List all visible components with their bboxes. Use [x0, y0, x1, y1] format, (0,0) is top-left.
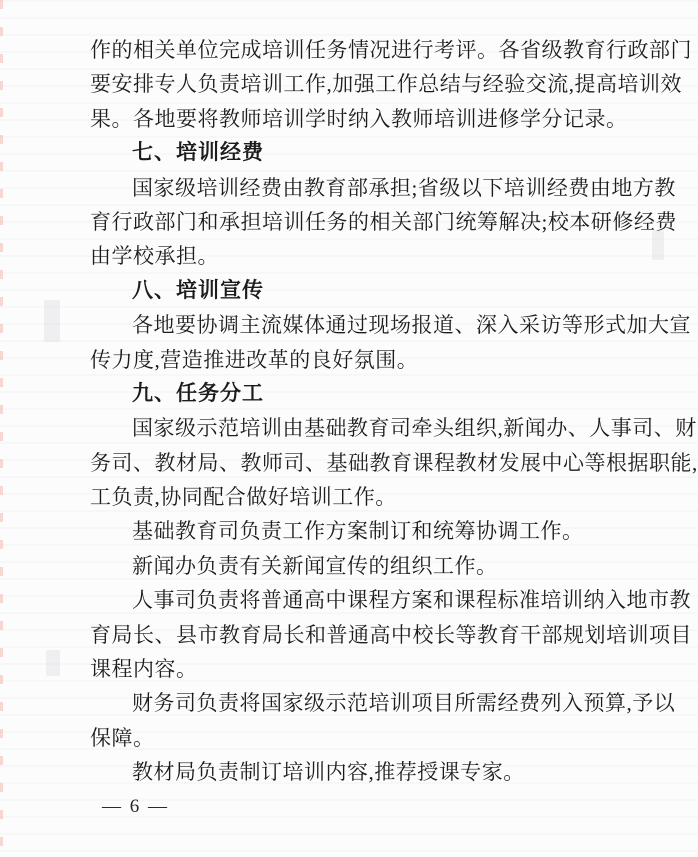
text-line: 教材局负责制订培训内容,推荐授课专家。: [90, 755, 646, 789]
text-line: 国家级示范培训由基础教育司牵头组织,新闻办、人事司、财: [90, 411, 646, 445]
scan-smudge: [44, 300, 60, 342]
scan-edge-artifacts: [0, 0, 3, 857]
text-line: 国家级培训经费由教育部承担;省级以下培训经费由地方教: [90, 171, 646, 205]
text-line: 课程内容。: [90, 652, 646, 686]
section-heading: 七、培训经费: [90, 136, 646, 170]
text-line: 作的相关单位完成培训任务情况进行考评。各省级教育行政部门: [90, 33, 646, 67]
text-line: 财务司负责将国家级示范培训项目所需经费列入预算,予以: [90, 686, 646, 720]
text-line: 由学校承担。: [90, 239, 646, 273]
scan-smudge: [652, 230, 664, 260]
text-line: 基础教育司负责工作方案制订和统筹协调工作。: [90, 514, 646, 548]
text-line: 各地要协调主流媒体通过现场报道、深入采访等形式加大宣: [90, 308, 646, 342]
text-line: 育局长、县市教育局长和普通高中校长等教育干部规划培训项目: [90, 618, 646, 652]
text-line: 果。各地要将教师培训学时纳入教师培训进修学分记录。: [90, 102, 646, 136]
document-text: 作的相关单位完成培训任务情况进行考评。各省级教育行政部门 要安排专人负责培训工作…: [90, 33, 646, 824]
scan-smudge: [46, 650, 60, 676]
text-line: 务司、教材局、教师司、基础教育课程教材发展中心等根据职能,分: [90, 446, 646, 480]
text-line: 保障。: [90, 721, 646, 755]
section-heading: 九、任务分工: [90, 377, 646, 411]
text-line: 要安排专人负责培训工作,加强工作总结与经验交流,提高培训效: [90, 67, 646, 101]
page-number: — 6 —: [90, 790, 646, 824]
text-line: 传力度,营造推进改革的良好氛围。: [90, 343, 646, 377]
section-heading: 八、培训宣传: [90, 274, 646, 308]
text-line: 人事司负责将普通高中课程方案和课程标准培训纳入地市教: [90, 583, 646, 617]
scanned-page: 作的相关单位完成培训任务情况进行考评。各省级教育行政部门 要安排专人负责培训工作…: [0, 0, 698, 857]
text-line: 工负责,协同配合做好培训工作。: [90, 480, 646, 514]
text-line: 新闻办负责有关新闻宣传的组织工作。: [90, 549, 646, 583]
text-line: 育行政部门和承担培训任务的相关部门统筹解决;校本研修经费: [90, 205, 646, 239]
